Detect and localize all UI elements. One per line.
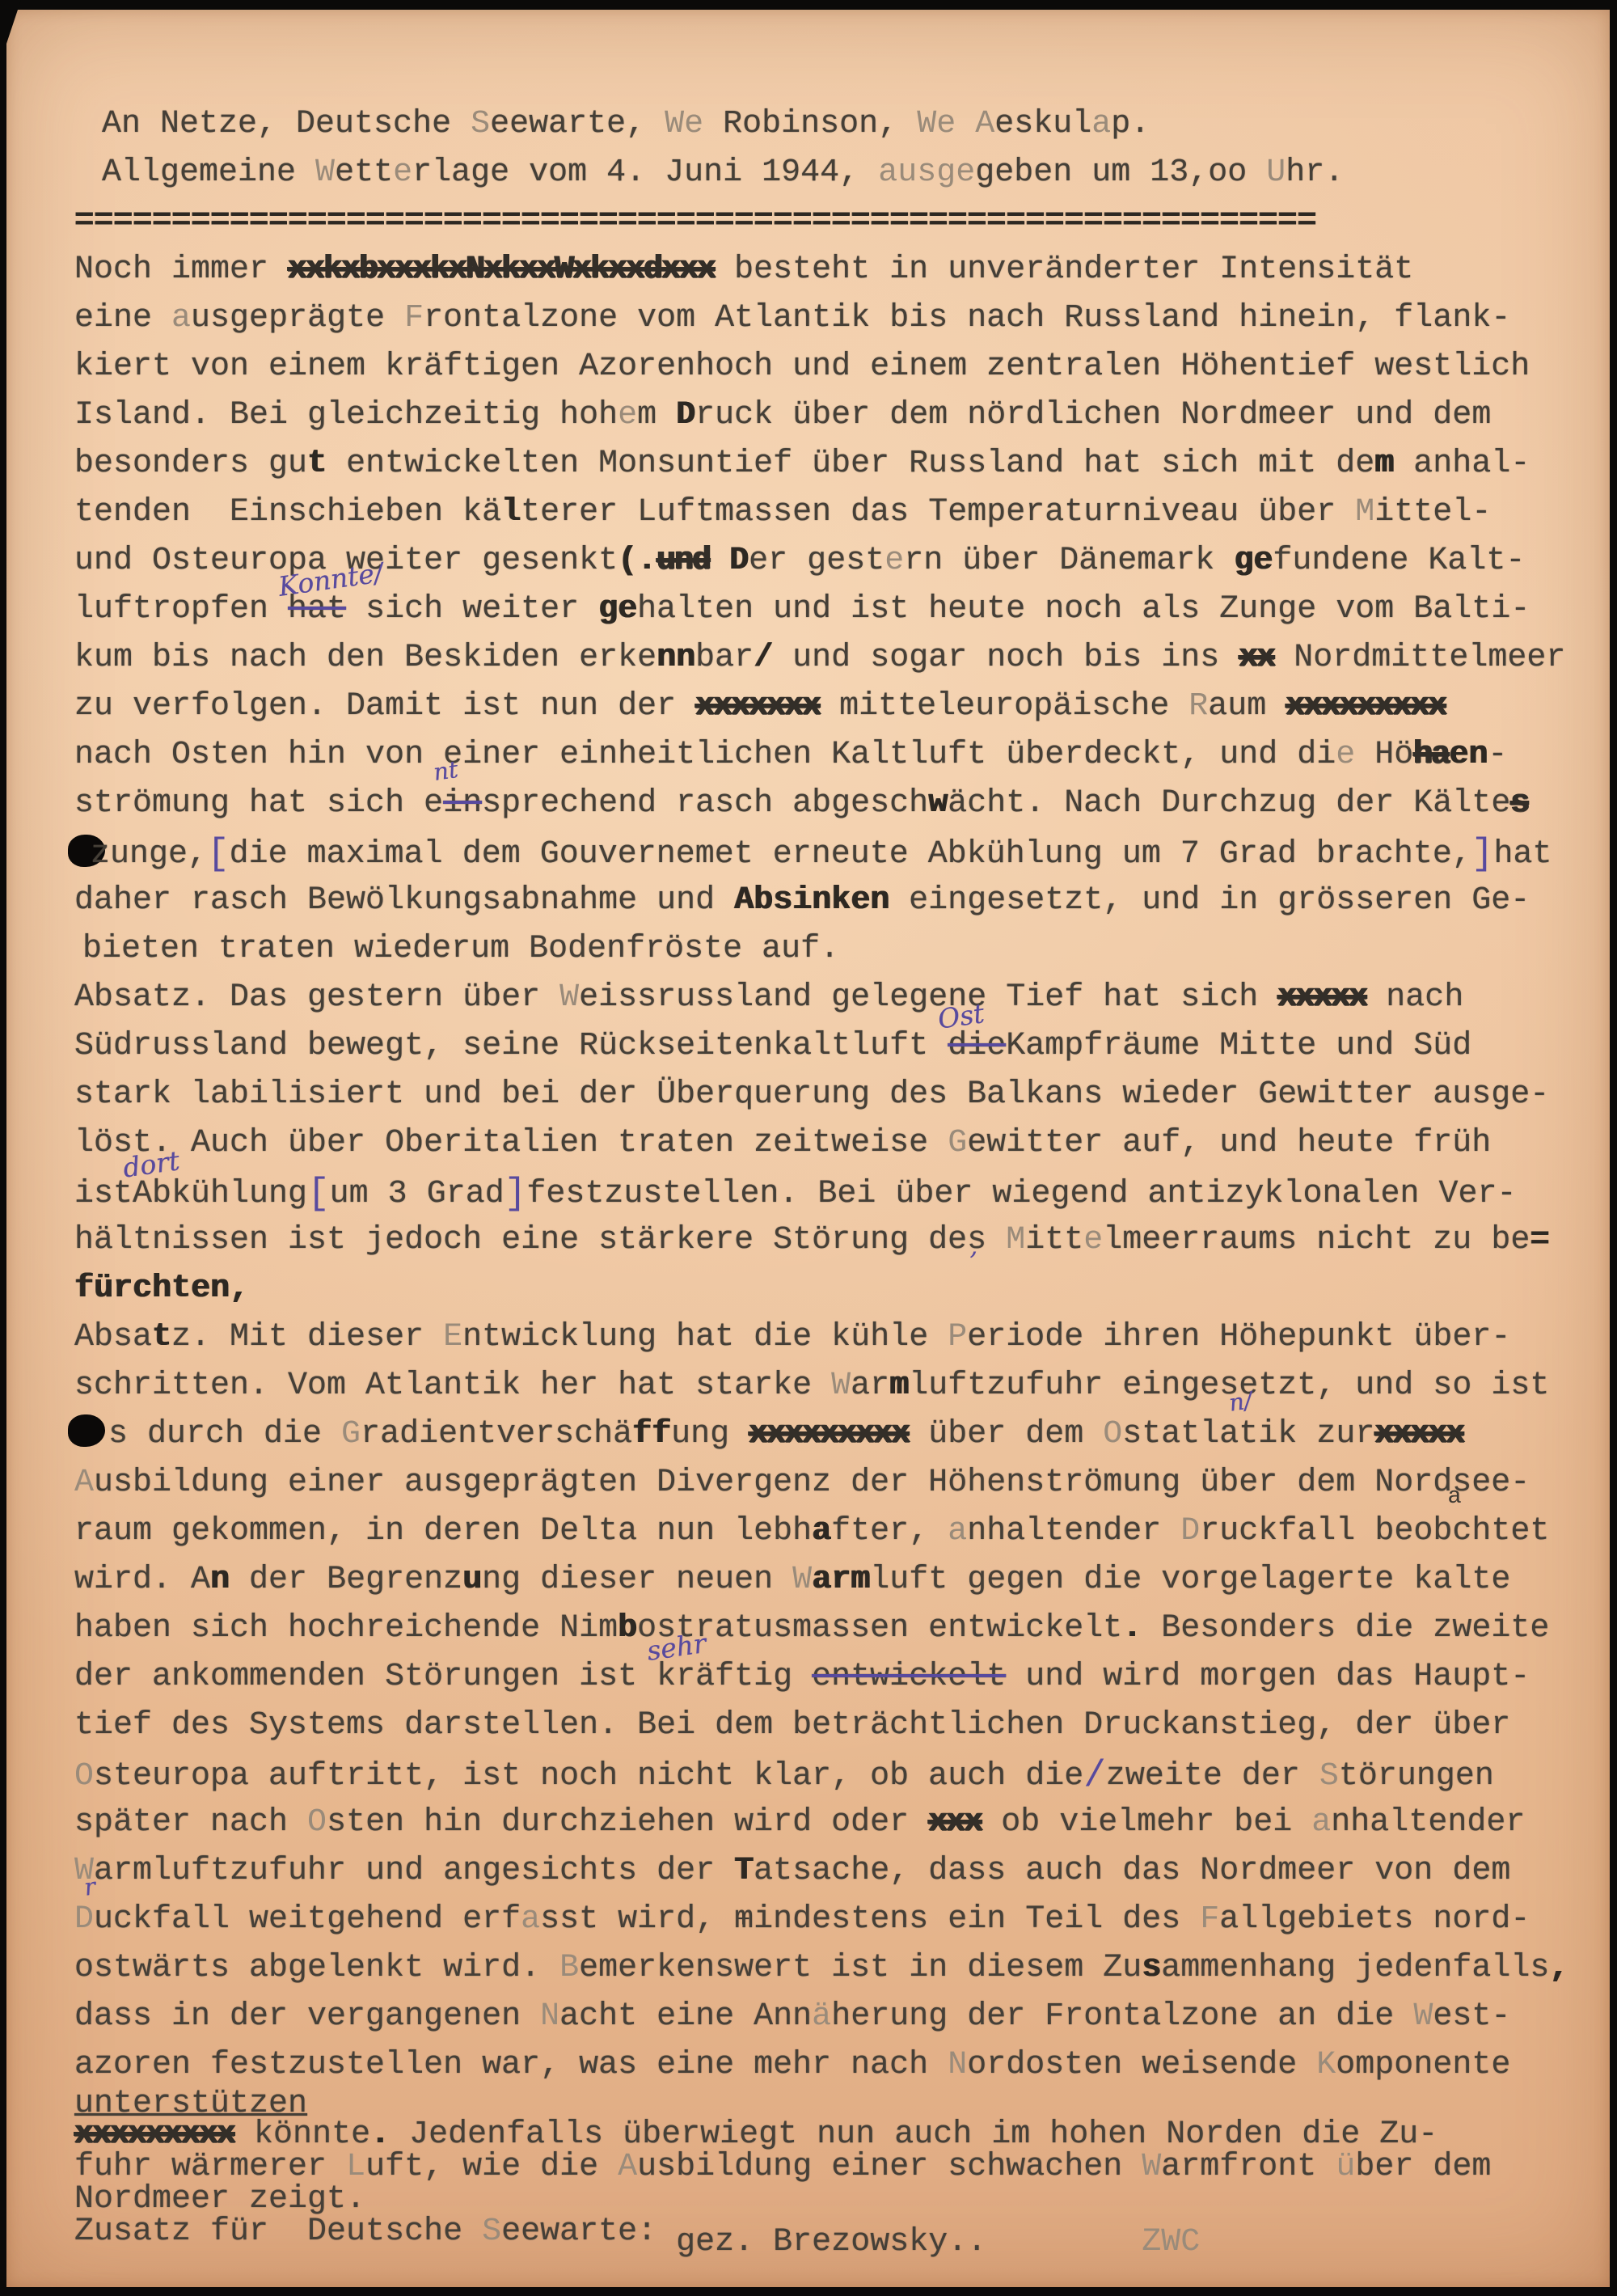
- pen-struck-text: entwickelt: [812, 1659, 1006, 1695]
- typed-text-faint: E: [443, 1319, 462, 1355]
- typed-text-faint: G: [948, 1125, 967, 1161]
- typed-text-overstruck: ========================================…: [74, 203, 1316, 239]
- typed-text-faint: O: [307, 1804, 327, 1841]
- signature-line: Zusatz für Deutsche Seewarte: gez. Brezo…: [74, 2216, 1585, 2248]
- typed-text-faint: U: [1266, 154, 1286, 191]
- typed-text: zunge,: [91, 836, 207, 873]
- typed-text: hr.: [1286, 154, 1344, 191]
- typed-text: kiert von einem kräftigen Azorenhoch und…: [74, 349, 1530, 385]
- typed-text: ostratusmassen entwickelt: [637, 1610, 1122, 1647]
- typed-text: radientverschä: [361, 1416, 632, 1452]
- body-line: Nordmeer zeigt.: [74, 2184, 1585, 2216]
- typed-text: Robinson,: [723, 106, 917, 142]
- body-line: istdortAbkühlung[um 3 Grad]festzustellen…: [74, 1168, 1585, 1216]
- typed-text-faint: W: [831, 1368, 851, 1404]
- body-line: tief des Systems darstellen. Bei dem bet…: [74, 1702, 1585, 1750]
- typed-text: nhaltender: [967, 1513, 1180, 1550]
- typed-text: atsache, dass auch das Nordmeer von dem: [754, 1853, 1510, 1889]
- typed-text: est-: [1433, 1998, 1510, 2035]
- typed-text: armfront: [1161, 2149, 1336, 2185]
- typed-text: fundene Kalt-: [1273, 543, 1525, 579]
- typed-text-overstruck: a: [812, 1513, 831, 1550]
- typed-text: eingesetzt, und in grösseren Ge-: [889, 882, 1530, 919]
- typed-text: eewarte,: [490, 106, 665, 142]
- typed-text: die maximal dem Gouvernemet erneute Abkü…: [230, 836, 1471, 873]
- typed-text: zu verfolgen. Damit ist nun der: [74, 688, 695, 725]
- typed-text: s durch die: [108, 1416, 341, 1452]
- typed-text: Noch immer: [74, 252, 288, 288]
- typed-text-faint: W: [1413, 1998, 1433, 2035]
- typed-text-overstruck: (.: [618, 543, 657, 579]
- body-line: Druckfall weitgehend erfasst wird, minde…: [74, 1896, 1585, 1944]
- typed-text: nach Osten hin von einer einheitlichen K…: [74, 737, 1336, 773]
- typed-text-overstruck: w: [928, 785, 948, 822]
- body-line: xxxxxxxxx könnte. Jedenfalls überwiegt n…: [74, 2119, 1585, 2151]
- body-line: Absatz. Mit dieser Entwicklung hat die k…: [74, 1313, 1585, 1362]
- typed-text: ittel-: [1374, 494, 1491, 531]
- handwritten-bracket: [: [307, 1173, 330, 1215]
- typed-text: terer Luftmassen das Temperaturniveau üb…: [521, 494, 1355, 531]
- typed-text: hältnissen ist jedoch eine stärkere Stör…: [74, 1222, 1006, 1258]
- typed-text-overstruck: t: [307, 446, 327, 482]
- handwritten-bracket: /: [1083, 1755, 1106, 1797]
- body-line: hältnissen ist jedoch eine stärkere Stör…: [74, 1216, 1585, 1265]
- body-line: bieten traten wiederum Bodenfröste auf.: [74, 925, 1585, 974]
- typed-text-overstruck: .: [1122, 1610, 1142, 1647]
- typewritten-text-body: An Netze, Deutsche Seewarte, We Robinson…: [74, 100, 1585, 2248]
- body-line: zu verfolgen. Damit ist nun der xxxxxxx …: [74, 683, 1585, 731]
- typed-text: emerkenswert ist in diesem Zu: [579, 1950, 1142, 1986]
- typed-text-faint: M: [1355, 494, 1374, 531]
- typed-text-faint: O: [1103, 1416, 1122, 1452]
- body-line: fuhr wärmerer Luft, wie die Ausbildung e…: [74, 2151, 1585, 2184]
- typed-text: m: [637, 397, 676, 433]
- typed-text-overstruck: D: [729, 543, 749, 579]
- body-line: tenden Einschieben kälterer Luftmassen d…: [74, 488, 1585, 537]
- typed-text: geben um 13,oo: [975, 154, 1266, 191]
- typed-text: omponente: [1336, 2047, 1510, 2083]
- typed-text: löst. Auch über Oberitalien traten zeitw…: [74, 1125, 948, 1161]
- typed-text: Nordmittelmeer: [1274, 640, 1565, 676]
- typed-strikeout: und: [657, 543, 710, 579]
- typed-strikeout: xxxxx: [1277, 979, 1366, 1016]
- typed-text: rlage vom 4. Juni 1944,: [412, 154, 878, 191]
- typed-text: ntwicklung hat die kühle: [462, 1319, 948, 1355]
- body-line: Island. Bei gleichzeitig hohem Druck übe…: [74, 391, 1585, 440]
- typed-text-overstruck: n: [210, 1562, 230, 1598]
- typed-text-faint: O: [74, 1758, 94, 1795]
- typed-text: kum bis nach den Beskiden erke: [74, 640, 657, 676]
- typed-text-overstruck: b: [618, 1610, 637, 1647]
- typed-text: aum: [1208, 688, 1286, 725]
- handwritten-annotation-text: dort: [120, 1136, 183, 1192]
- typed-text: fter,: [831, 1513, 948, 1550]
- typed-text-overstruck: ff: [632, 1416, 671, 1452]
- typed-text: chtet: [1452, 1513, 1549, 1550]
- typed-text: usbildung einer ausgeprägten Divergenz d…: [94, 1465, 1530, 1501]
- typed-text: azoren festzustellen war, was eine mehr …: [74, 2047, 948, 2083]
- typed-text: sst wird, mindestens ein Teil des: [540, 1901, 1200, 1938]
- typed-text-overstruck: fürchten: [74, 1271, 230, 1307]
- typed-text: über dem: [909, 1416, 1103, 1452]
- typed-text: tief des Systems darstellen. Bei dem bet…: [74, 1707, 1510, 1744]
- handwritten-bracket: ]: [505, 1173, 527, 1215]
- typed-text: ammenhang jedenfalls: [1161, 1950, 1549, 1986]
- body-line: kiert von einem kräftigen Azorenhoch und…: [74, 343, 1585, 391]
- typed-text: der Begrenz: [230, 1562, 462, 1598]
- typed-strikeout: xxxxxxx: [695, 688, 820, 725]
- body-line: stark labilisiert und bei der Überquerun…: [74, 1071, 1585, 1119]
- body-line: besonders gut entwickelten Monsuntief üb…: [74, 440, 1585, 488]
- typed-text-faint: M: [1006, 1222, 1025, 1258]
- typed-text: sten hin durchziehen wird oder: [327, 1804, 928, 1841]
- typed-text-faint: F: [404, 300, 424, 336]
- typed-text-faint: S: [1319, 1758, 1339, 1795]
- body-line: luftropfen Konnte/hat sich weiter gehalt…: [74, 586, 1585, 634]
- typed-text: halten und ist heute noch als Zunge vom …: [637, 591, 1530, 628]
- typed-text: und sogar noch bis ins: [773, 640, 1239, 676]
- typed-text: luftropfen: [74, 591, 288, 628]
- typed-strikeout: xxxxxxxxx: [749, 1416, 909, 1452]
- typed-text: stark labilisiert und bei der Überquerun…: [74, 1076, 1549, 1113]
- separator-line: ========================================…: [74, 197, 1585, 246]
- body-line: nach Osten hin von einer einheitlichen K…: [74, 731, 1585, 780]
- typed-text: p.: [1111, 106, 1150, 142]
- typed-text-faint: A: [618, 2149, 637, 2185]
- typed-text: festzustellen. Bei über: [526, 1176, 973, 1212]
- typed-text-overstruck: ,: [230, 1271, 249, 1307]
- typed-strikeout: xxx: [928, 1804, 982, 1841]
- typed-text: ächt. Nach Durchzug der Kälte: [948, 785, 1510, 822]
- handwritten-annotation-text: sehr: [644, 1619, 709, 1676]
- typed-text: ist: [74, 1176, 133, 1212]
- typed-text-faint: K: [1316, 2047, 1336, 2083]
- typed-text: eriode ihren Höhepunkt über-: [967, 1319, 1510, 1355]
- typed-text-faint: ausge: [878, 154, 975, 191]
- typed-text-faint: ü: [1336, 2149, 1355, 2185]
- body-line: zunge,[die maximal dem Gouvernemet erneu…: [74, 828, 1585, 877]
- body-line: raum gekommen, in deren Delta nun lebhaf…: [74, 1507, 1585, 1556]
- typed-text-offset: gez. Brezowsky..: [676, 2226, 986, 2259]
- typed-text-overstruck: ge: [598, 591, 637, 628]
- typed-text: tenden Einschieben kä: [74, 494, 501, 531]
- typed-text: usbildung einer schwachen: [637, 2149, 1142, 2185]
- addressee-line: An Netze, Deutsche Seewarte, We Robinson…: [74, 100, 1585, 149]
- typed-text-overstruck: Absinken: [734, 882, 889, 919]
- typed-text: uckfall weitgehend erf: [94, 1901, 521, 1938]
- typed-text-overstruck: =: [1530, 1222, 1549, 1258]
- typed-text: schritten. Vom Atlantik her hat starke: [74, 1368, 831, 1404]
- body-line: Absatz. Das gestern über Weissrussland g…: [74, 974, 1585, 1022]
- typed-text: ett: [335, 154, 393, 191]
- body-line: löst. Auch über Oberitalien traten zeitw…: [74, 1119, 1585, 1168]
- typed-text-faint: S: [471, 106, 490, 142]
- typed-text-faint: ä: [812, 1998, 831, 2035]
- typed-text-faint: a: [1311, 1804, 1331, 1841]
- typed-text-faint: N: [948, 2047, 967, 2083]
- typed-text: -: [1488, 737, 1507, 773]
- body-line: ostwärts abgelenkt wird. Bemerkenswert i…: [74, 1944, 1585, 1993]
- typed-text: sprechend rasch abgesch: [482, 785, 928, 822]
- typed-text-faint: G: [341, 1416, 361, 1452]
- typed-text-faint: W: [792, 1562, 812, 1598]
- typed-text: ruckfall beob: [1200, 1513, 1452, 1550]
- typed-text: Hö: [1355, 737, 1413, 773]
- typed-strikeout: s: [1510, 785, 1528, 822]
- typed-text: wird. A: [74, 1562, 210, 1598]
- body-line: Südrussland bewegt, seine Rückseitenkalt…: [74, 1022, 1585, 1071]
- typed-text: statla: [1122, 1416, 1239, 1452]
- handwritten-annotation-text: Ost: [935, 989, 987, 1043]
- typed-text: rontalzone vom Atlantik bis nach Russlan…: [424, 300, 1510, 336]
- typed-text: törungen: [1339, 1758, 1494, 1795]
- title-line: Allgemeine Wetterlage vom 4. Juni 1944, …: [74, 149, 1585, 197]
- typed-text: [986, 2214, 1142, 2250]
- typed-text: itt: [1025, 1222, 1083, 1258]
- typed-text: Zusatz für Deutsche: [74, 2214, 482, 2250]
- body-line: wird. An der Begrenzung dieser neuen War…: [74, 1556, 1585, 1605]
- typed-text: der ankommenden Störungen ist: [74, 1659, 657, 1695]
- typed-text: ung: [671, 1416, 749, 1452]
- typed-text: Besonders die zweite: [1142, 1610, 1549, 1647]
- typed-text: wiegend antizyklonalen Ver-: [973, 1176, 1516, 1212]
- typed-text: mitteleuropäische: [820, 688, 1188, 725]
- typed-text-overstruck: l: [501, 494, 521, 531]
- typed-text-faint: L: [346, 2149, 365, 2185]
- typed-text: ob vielmehr bei: [982, 1804, 1311, 1841]
- handwritten-bracket: ]: [1471, 833, 1494, 875]
- typed-text-overstruck: ge: [1234, 543, 1273, 579]
- typed-text-faint: a: [521, 1901, 540, 1938]
- typed-text: steuropa auftritt, ist noch nicht klar, …: [94, 1758, 1083, 1795]
- typed-text-faint: S: [482, 2214, 501, 2250]
- typed-text-faint: A: [74, 1465, 94, 1501]
- scan-corner-shadow: [0, 0, 21, 63]
- typed-text-faint: We: [665, 106, 723, 142]
- paper-sheet: An Netze, Deutsche Seewarte, We Robinson…: [6, 10, 1610, 2287]
- body-line: der ankommenden Störungen ist sehrkräfti…: [74, 1653, 1585, 1702]
- typed-text: uft, wie die: [365, 2149, 618, 2185]
- typed-text-overstruck: u: [462, 1562, 482, 1598]
- typed-text: allgebiets nord-: [1219, 1901, 1530, 1938]
- typed-text-overstruck: /: [754, 640, 773, 676]
- typed-text-faint: P: [948, 1319, 967, 1355]
- typed-text: herung der Frontalzone an die: [831, 1998, 1413, 2035]
- typed-text-overstruck: ,: [1549, 1950, 1568, 1986]
- typed-text: dass in der vergangenen: [74, 1998, 540, 2035]
- typed-text: ordosten weisende: [967, 2047, 1316, 2083]
- typed-text: eissrussland gelegene Tief hat sich: [579, 979, 1277, 1016]
- typed-text: daher rasch Bewölkungsabnahme und: [74, 882, 734, 919]
- typed-text-faint: e: [393, 154, 412, 191]
- body-line: dass in der vergangenen Nacht eine Annäh…: [74, 1993, 1585, 2041]
- typed-text: armluftzufuhr und angesichts der: [94, 1853, 734, 1889]
- typed-text-faint: a: [948, 1513, 967, 1550]
- typed-text: nach: [1366, 979, 1463, 1016]
- body-line: Ausbildung einer ausgeprägten Divergenz …: [74, 1459, 1585, 1507]
- typed-text-overstruck: arm: [812, 1562, 870, 1598]
- typed-text-faint: a: [1091, 106, 1111, 142]
- body-line: daher rasch Bewölkungsabnahme und Absink…: [74, 877, 1585, 925]
- body-line: Warmluftzufuhr und angesichts der +Tatsa…: [74, 1847, 1585, 1896]
- ink-blob: [68, 1414, 105, 1447]
- typed-text-overstruck: m: [1374, 446, 1394, 482]
- typed-text: ostwärts abgelenkt wird.: [74, 1950, 559, 1986]
- typed-text: Allgemeine: [102, 154, 315, 191]
- typed-text: und wird morgen das Haupt-: [1006, 1659, 1530, 1695]
- body-line: später nach Osten hin durchziehen wird o…: [74, 1799, 1585, 1847]
- typed-text: besteht in unveränderter Intensität: [715, 252, 1413, 288]
- typed-text: Kampfräume Mitte und Süd: [1006, 1028, 1471, 1064]
- typed-text-overstruck: m: [889, 1368, 909, 1404]
- typed-text-faint: We A: [917, 106, 994, 142]
- typed-text-faint: e: [1083, 1222, 1103, 1258]
- typed-strikeout: xxkxbxxxkxNxkxxWxkxxdxxx: [288, 252, 715, 288]
- typed-text: Island. Bei gleichzeitig hoh: [74, 397, 618, 433]
- body-line: kum bis nach den Beskiden erkennbar/ und…: [74, 634, 1585, 683]
- typed-text: Nordmeer zeigt.: [74, 2181, 365, 2218]
- typed-text: tik zur: [1239, 1416, 1374, 1452]
- typed-text: An Netze, Deutsche: [102, 106, 471, 142]
- typed-text: eskul: [994, 106, 1091, 142]
- body-line: fürchten,: [74, 1265, 1585, 1313]
- typed-text: Jedenfalls überwiegt nun auch im hohen N…: [390, 2116, 1438, 2153]
- typed-text-faint: e: [884, 543, 904, 579]
- body-line: haben sich hochreichende Nimbostratusmas…: [74, 1605, 1585, 1653]
- typed-text: Absa: [74, 1319, 152, 1355]
- typed-text: raum gekommen, in deren Delta nun lebh: [74, 1513, 812, 1550]
- typed-text: zweite der: [1106, 1758, 1319, 1795]
- typed-text: ewitter auf, und heute früh: [967, 1125, 1491, 1161]
- typed-text-faint: F: [1200, 1901, 1219, 1938]
- typed-text: fuhr wärmerer: [74, 2149, 346, 2185]
- typed-text: ng dieser neuen: [482, 1562, 792, 1598]
- typed-text: um 3 Grad: [330, 1176, 505, 1212]
- typed-text-faint: W: [315, 154, 335, 191]
- typed-text: ber dem: [1355, 2149, 1491, 2185]
- typed-text: eewarte:: [501, 2214, 676, 2250]
- typed-text-overstruck: t: [152, 1319, 171, 1355]
- typed-text: strömung hat sich e: [74, 785, 443, 822]
- scanned-document-page: { "page": { "paper_color": "#eec49f", "e…: [0, 0, 1617, 2296]
- typed-text: haben sich hochreichende Nim: [74, 1610, 618, 1647]
- typed-text-overstruck: T: [734, 1853, 754, 1889]
- typed-text: bieten traten wiederum Bodenfröste auf.: [82, 931, 839, 967]
- typed-strikeout: ha: [1413, 737, 1449, 773]
- handwritten-bracket: [: [207, 833, 230, 875]
- typed-text-overstruck: D: [676, 397, 695, 433]
- typed-text-faint: W: [1142, 2149, 1161, 2185]
- typed-text: nhaltender: [1331, 1804, 1525, 1841]
- typed-text: [710, 543, 729, 579]
- typed-text: Südrussland bewegt, seine Rückseitenkalt…: [74, 1028, 948, 1064]
- typed-text: z. Mit dieser: [171, 1319, 443, 1355]
- typed-text-overstruck: .: [370, 2116, 390, 2153]
- typed-strikeout: xxxxxxxxx: [74, 2116, 234, 2153]
- typed-text: luft gegen die vorgelagerte kalte: [870, 1562, 1510, 1598]
- typed-strikeout: xx: [1239, 640, 1274, 676]
- typed-text: besonders gu: [74, 446, 307, 482]
- typed-text: eine: [74, 300, 171, 336]
- typed-strikeout: xxxxx: [1374, 1416, 1463, 1452]
- typed-text: könnte: [234, 2116, 370, 2153]
- typed-insert-above-text: a: [1447, 1473, 1461, 1521]
- typed-text: usgeprägte: [191, 300, 404, 336]
- typed-text: acht eine Ann: [559, 1998, 812, 2035]
- body-line: eine ausgeprägte Frontalzone vom Atlanti…: [74, 294, 1585, 343]
- typed-text-overstruck: nn: [657, 640, 695, 676]
- typed-text: hat: [1494, 836, 1552, 873]
- typed-text: Absatz. Das gestern über: [74, 979, 559, 1016]
- typed-text-faint: D: [1180, 1513, 1200, 1550]
- typed-text: später nach: [74, 1804, 307, 1841]
- body-line: Osteuropa auftritt, ist noch nicht klar,…: [74, 1750, 1585, 1799]
- typed-text: er gest: [749, 543, 884, 579]
- typed-text: entwickelten Monsuntief über Russland ha…: [327, 446, 1374, 482]
- typed-text-faint: W: [559, 979, 579, 1016]
- typed-text-offset-faint: ZWC: [1142, 2226, 1200, 2259]
- body-line: schritten. Vom Atlantik her hat starke W…: [74, 1362, 1585, 1410]
- body-line: Noch immer xxkxbxxxkxNxkxxWxkxxdxxx best…: [74, 246, 1585, 294]
- body-line: azoren festzustellen war, was eine mehr …: [74, 2041, 1585, 2090]
- typed-text: ruck über dem nördlichen Nordmeer und de…: [695, 397, 1491, 433]
- typed-text-overstruck: en: [1449, 737, 1488, 773]
- inserted-word-line: unterstützen: [74, 2090, 1585, 2119]
- typed-text-faint: e: [618, 397, 637, 433]
- typed-text-faint: a: [171, 300, 191, 336]
- typed-text-faint: N: [540, 1998, 559, 2035]
- body-line: strömung hat sich entinsprechend rasch a…: [74, 780, 1585, 828]
- typed-text: bar: [695, 640, 754, 676]
- typed-text-overstruck: s: [1142, 1950, 1161, 1986]
- typed-text-faint: B: [559, 1950, 579, 1986]
- typed-text: rn über Dänemark: [904, 543, 1234, 579]
- typed-text-faint: R: [1188, 688, 1208, 725]
- typed-text: ar: [851, 1368, 889, 1404]
- typed-text-faint: e: [1336, 737, 1355, 773]
- typed-text: lmeerraums nicht zu be: [1103, 1222, 1530, 1258]
- typed-text: anhal-: [1394, 446, 1530, 482]
- typed-strikeout: xxxxxxxxx: [1286, 688, 1446, 725]
- body-line: s durch die Gradientverschäffung xxxxxxx…: [74, 1410, 1585, 1459]
